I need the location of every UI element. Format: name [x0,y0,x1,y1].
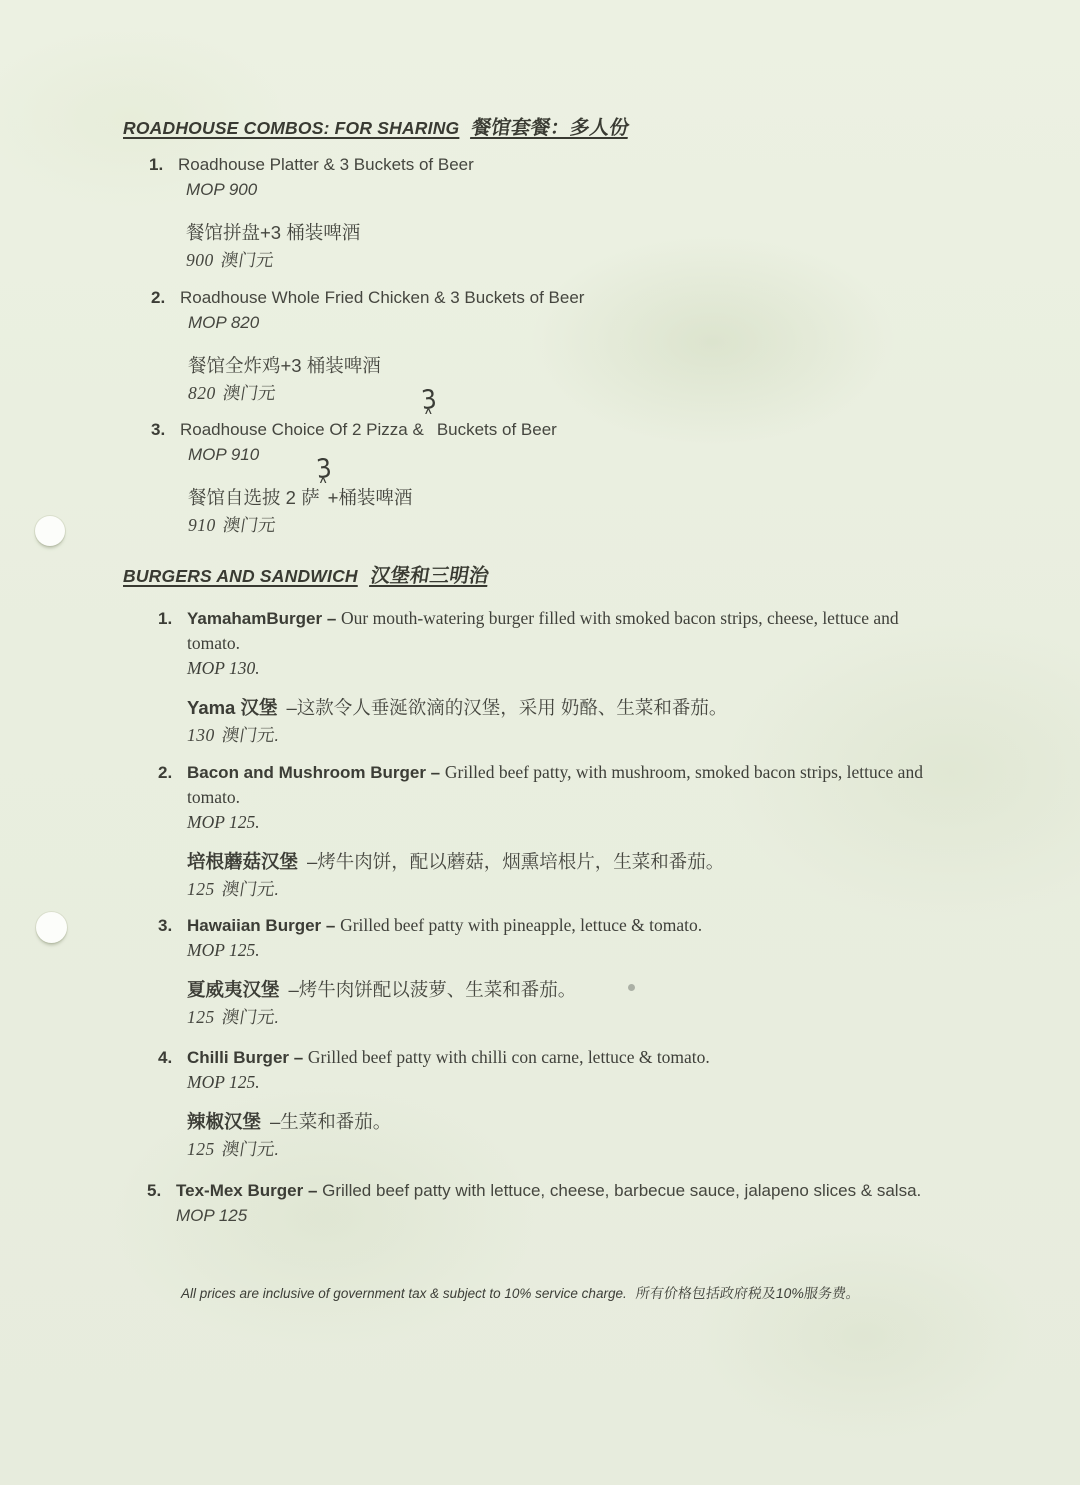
item-name-zh: 辣椒汉堡 [187,1111,261,1132]
item-body: Hawaiian Burger – Grilled beef patty wit… [187,913,948,1031]
price-number: 820 [188,383,216,403]
item-name-zh-post: +桶装啤酒 [328,487,413,508]
combo-item-2: 2. Roadhouse Whole Fried Chicken & 3 Buc… [151,285,991,407]
item-body: Roadhouse Platter & 3 Buckets of Beer MO… [178,152,989,274]
item-body: Roadhouse Choice Of 2 Pizza &3^Buckets o… [180,417,991,539]
item-name-desc-zh: 夏威夷汉堡–烤牛肉饼配以菠萝、生菜和番茄。 [187,976,948,1004]
item-zh-block: 培根蘑菇汉堡–烤牛肉饼，配以蘑菇，烟熏培根片，生菜和番茄。 125澳门元. [187,848,948,903]
item-zh-block: 餐馆全炸鸡+3 桶装啤酒 820澳门元 [188,352,991,407]
price-number: 900 [186,250,214,270]
caret-mark-icon: ^ [425,407,432,419]
item-name-zh-pre: 餐馆自选披 2 萨 [188,487,320,508]
item-name-desc: Tex-Mex Burger – Grilled beef patty with… [176,1178,929,1203]
item-number: 3. [158,913,187,938]
item-price-zh: 130澳门元. [187,722,930,749]
item-name-en: Hawaiian Burger – [187,916,335,935]
item-zh-block: 餐馆自选披 2 萨3^+桶装啤酒 910澳门元 [188,484,991,539]
item-number: 3. [151,417,180,442]
item-name-en: Roadhouse Choice Of 2 Pizza &3^Buckets o… [180,417,991,442]
item-name-en-pre: Roadhouse Choice Of 2 Pizza & [180,420,424,439]
item-name-desc-zh: 培根蘑菇汉堡–烤牛肉饼，配以蘑菇，烟熏培根片，生菜和番茄。 [187,848,948,876]
item-zh-block: 餐馆拼盘+3 桶装啤酒 900澳门元 [186,219,989,274]
item-number: 2. [151,285,180,310]
item-name-zh: 餐馆拼盘+3 桶装啤酒 [186,219,989,247]
item-name-zh: 培根蘑菇汉堡 [187,851,298,872]
handwritten-insertion: 3^ [426,417,435,435]
item-number: 2. [158,760,187,785]
item-body: Roadhouse Whole Fried Chicken & 3 Bucket… [180,285,991,407]
combo-item-1: 1. Roadhouse Platter & 3 Buckets of Beer… [149,152,989,274]
hole-punch-bottom [36,912,67,943]
price-number: 130 [187,725,215,745]
item-price-en: MOP 820 [188,310,991,335]
price-number: 910 [188,515,216,535]
price-number: 125 [187,1139,215,1159]
combos-section-heading: ROADHOUSE COMBOS: FOR SHARING餐馆套餐：多人份 [123,112,630,140]
item-desc-en: Grilled beef patty with chilli con carne… [308,1047,710,1067]
price-currency-zh: 澳门元. [220,876,282,903]
combos-heading-en: ROADHOUSE COMBOS: FOR SHARING [123,118,459,138]
item-price-zh: 125澳门元. [187,876,948,903]
burger-item-4: 4. Chilli Burger – Grilled beef patty wi… [158,1045,948,1163]
handwritten-insertion: 3^ [321,486,327,504]
item-name-en: Bacon and Mushroom Burger – [187,763,440,782]
hole-punch-top [35,516,65,546]
item-zh-block: Yama 汉堡–这款令人垂涎欲滴的汉堡，采用 奶酪、生菜和番茄。 130澳门元. [187,694,930,749]
price-number: 125 [187,879,215,899]
burger-item-1: 1. YamahamBurger – Our mouth-watering bu… [158,606,930,749]
item-name-en: Roadhouse Whole Fried Chicken & 3 Bucket… [180,285,991,310]
item-price-zh: 820澳门元 [188,380,991,407]
scan-artifact-dot [628,984,635,991]
item-price-en: MOP 125. [187,1070,948,1095]
item-name-desc: Bacon and Mushroom Burger – Grilled beef… [187,760,948,810]
burger-item-3: 3. Hawaiian Burger – Grilled beef patty … [158,913,948,1031]
item-name-zh: 餐馆全炸鸡+3 桶装啤酒 [188,352,991,380]
footer-note-zh: 所有价格包括政府税及10%服务费。 [634,1283,861,1303]
price-currency-zh: 澳门元 [221,512,278,539]
item-number: 4. [158,1045,187,1070]
item-zh-block: 辣椒汉堡–生菜和番茄。 125澳门元. [187,1108,948,1163]
item-price-en: MOP 130. [187,656,930,681]
item-price-en: MOP 900 [186,177,989,202]
scanned-menu-page: ROADHOUSE COMBOS: FOR SHARING餐馆套餐：多人份 1.… [0,0,1080,1485]
item-name-en-post: Buckets of Beer [437,420,557,439]
price-currency-zh: 澳门元. [220,1136,282,1163]
item-name-desc: Chilli Burger – Grilled beef patty with … [187,1045,948,1070]
item-price-en: MOP 910 [188,442,991,467]
item-name-en: Tex-Mex Burger – [176,1181,317,1200]
combos-heading-zh: 餐馆套餐：多人份 [470,112,632,140]
burger-item-2: 2. Bacon and Mushroom Burger – Grilled b… [158,760,948,903]
item-price-zh: 125澳门元. [187,1004,948,1031]
item-price-zh: 910澳门元 [188,512,991,539]
item-body: Chilli Burger – Grilled beef patty with … [187,1045,948,1163]
burgers-section-heading: BURGERS AND SANDWICH汉堡和三明治 [123,560,489,588]
item-price-en: MOP 125. [187,938,948,963]
item-desc-zh: –生菜和番茄。 [270,1111,391,1132]
item-name-en: Chilli Burger – [187,1048,303,1067]
item-number: 5. [147,1178,176,1203]
item-price-en: MOP 125. [187,810,948,835]
item-name-desc: YamahamBurger – Our mouth-watering burge… [187,606,930,656]
item-desc-zh: –烤牛肉饼，配以蘑菇，烟熏培根片，生菜和番茄。 [307,851,724,872]
price-currency-zh: 澳门元. [220,1004,282,1031]
burgers-heading-zh: 汉堡和三明治 [369,560,492,588]
item-name-zh: 夏威夷汉堡 [187,979,280,1000]
item-desc-en: Grilled beef patty with pineapple, lettu… [340,915,702,935]
item-desc-zh: –这款令人垂涎欲滴的汉堡，采用 奶酪、生菜和番茄。 [287,697,728,718]
item-name-desc: Hawaiian Burger – Grilled beef patty wit… [187,913,948,938]
item-price-zh: 900澳门元 [186,247,989,274]
item-name-desc-zh: 辣椒汉堡–生菜和番茄。 [187,1108,948,1136]
item-number: 1. [158,606,187,631]
footer-note-en: All prices are inclusive of government t… [181,1286,627,1301]
item-desc-en: Grilled beef patty with lettuce, cheese,… [322,1181,921,1200]
item-body: Tex-Mex Burger – Grilled beef patty with… [176,1178,929,1228]
burger-item-5: 5. Tex-Mex Burger – Grilled beef patty w… [147,1178,929,1228]
price-currency-zh: 澳门元 [219,247,276,274]
item-price-zh: 125澳门元. [187,1136,948,1163]
price-number: 125 [187,1007,215,1027]
combo-item-3: 3. Roadhouse Choice Of 2 Pizza &3^Bucket… [151,417,991,539]
item-name-zh: Yama 汉堡 [187,697,278,718]
caret-mark-icon: ^ [320,476,327,488]
item-price-en: MOP 125 [176,1203,929,1228]
burgers-heading-en: BURGERS AND SANDWICH [123,566,358,586]
footer-tax-note: All prices are inclusive of government t… [181,1283,860,1303]
item-name-zh: 餐馆自选披 2 萨3^+桶装啤酒 [188,484,991,512]
item-name-en: YamahamBurger – [187,609,336,628]
item-body: Bacon and Mushroom Burger – Grilled beef… [187,760,948,903]
item-zh-block: 夏威夷汉堡–烤牛肉饼配以菠萝、生菜和番茄。 125澳门元. [187,976,948,1031]
item-name-en: Roadhouse Platter & 3 Buckets of Beer [178,152,989,177]
item-name-desc-zh: Yama 汉堡–这款令人垂涎欲滴的汉堡，采用 奶酪、生菜和番茄。 [187,694,930,722]
price-currency-zh: 澳门元. [220,722,282,749]
item-desc-zh: –烤牛肉饼配以菠萝、生菜和番茄。 [289,979,577,1000]
item-body: YamahamBurger – Our mouth-watering burge… [187,606,930,749]
price-currency-zh: 澳门元 [221,380,278,407]
item-number: 1. [149,152,178,177]
